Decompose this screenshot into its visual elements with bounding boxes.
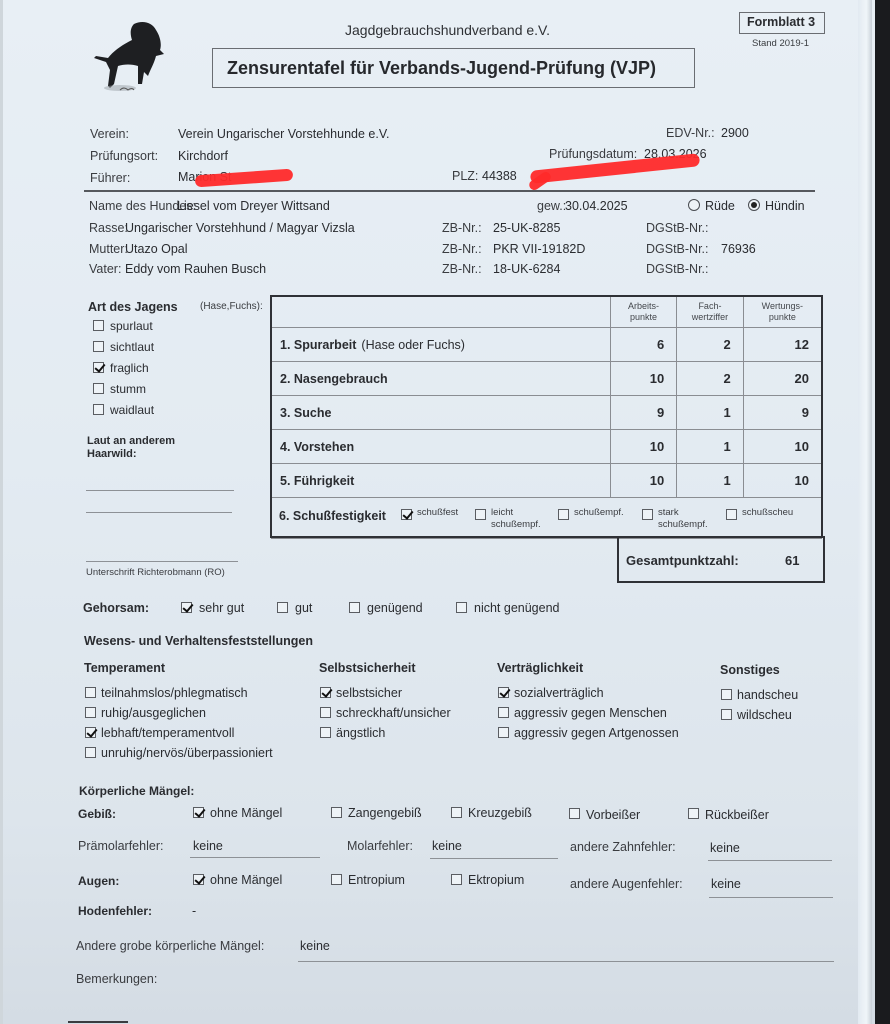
checkbox-sichtlaut[interactable] bbox=[93, 341, 104, 352]
wesen-option-label: ängstlich bbox=[336, 726, 385, 740]
section-divider bbox=[84, 190, 815, 192]
wesen-option-label: schreckhaft/unsicher bbox=[336, 706, 451, 720]
arbeitspunkte-cell[interactable]: 10 bbox=[610, 362, 676, 396]
gebiss-option-label: Vorbeißer bbox=[586, 808, 640, 822]
signature-label: Unterschrift Richterobmann (RO) bbox=[86, 567, 225, 578]
checkbox-aggressiv-gegen-artgenossen[interactable] bbox=[498, 727, 509, 738]
wesen-group-title-selbstsicherheit: Selbstsicherheit bbox=[319, 661, 416, 675]
checkbox-schreckhaft-unsicher[interactable] bbox=[320, 707, 331, 718]
checkbox-gebiss-zangengebiß[interactable] bbox=[331, 807, 342, 818]
score-row: 1. Spurarbeit(Hase oder Fuchs)6212 bbox=[272, 328, 822, 362]
born-value: 30.04.2025 bbox=[565, 199, 628, 213]
wesen-option-label: teilnahmslos/phlegmatisch bbox=[101, 686, 248, 700]
gehorsam-option-label: gut bbox=[295, 601, 312, 615]
dog-name-value: Liesel vom Dreyer Wittsand bbox=[177, 199, 330, 213]
score-column-header: Arbeits-punkte bbox=[610, 297, 676, 328]
checkbox-gehorsam-gut[interactable] bbox=[277, 602, 288, 613]
augenfehler-line[interactable] bbox=[709, 897, 833, 898]
gebiss-option-label: Rückbeißer bbox=[705, 808, 769, 822]
sex-radio-ruede[interactable] bbox=[688, 199, 700, 211]
fachwertziffer-cell[interactable]: 2 bbox=[677, 328, 744, 362]
zb-value-mutter: PKR VII-19182D bbox=[493, 242, 585, 256]
rasse-value: Ungarischer Vorstehhund / Magyar Vizsla bbox=[125, 221, 355, 235]
sex-label-ruede: Rüde bbox=[705, 199, 735, 213]
fachwertziffer-cell[interactable]: 2 bbox=[677, 362, 744, 396]
laut-line[interactable] bbox=[86, 490, 234, 491]
wesen-title: Wesens- und Verhaltensfeststellungen bbox=[84, 634, 313, 648]
edv-label: EDV-Nr.: bbox=[666, 126, 715, 140]
wesen-option-label: selbstsicher bbox=[336, 686, 402, 700]
zahn-line[interactable] bbox=[708, 860, 832, 861]
praemolar-value: keine bbox=[193, 839, 223, 853]
wesen-group-title-temperament: Temperament bbox=[84, 661, 165, 675]
checkbox-waidlaut[interactable] bbox=[93, 404, 104, 415]
augenfehler-label: andere Augenfehler: bbox=[570, 877, 683, 891]
checkbox-teilnahmslos-phlegmatisch[interactable] bbox=[85, 687, 96, 698]
score-row: 3. Suche919 bbox=[272, 396, 822, 430]
wesen-option-label: lebhaft/temperamentvoll bbox=[101, 726, 234, 740]
score-row-label: 4. Vorstehen bbox=[272, 430, 611, 464]
schuss-option-label: schußscheu bbox=[742, 507, 793, 518]
column-header-line: wertziffer bbox=[685, 312, 735, 323]
wertungspunkte-cell[interactable]: 9 bbox=[743, 396, 821, 430]
art-des-jagens-note: (Hase,Fuchs): bbox=[200, 301, 263, 312]
mutter-label: Mutter: bbox=[89, 242, 128, 256]
zahn-label: andere Zahnfehler: bbox=[570, 840, 676, 854]
checkbox-selbstsicher[interactable] bbox=[320, 687, 331, 698]
checkbox-augen-ektropium[interactable] bbox=[451, 874, 462, 885]
discipline-name: 2. Nasengebrauch bbox=[280, 372, 388, 386]
fachwertziffer-cell[interactable]: 1 bbox=[677, 464, 744, 498]
schussfestigkeit-label: 6. Schußfestigkeit bbox=[279, 509, 386, 523]
arbeitspunkte-cell[interactable]: 9 bbox=[610, 396, 676, 430]
checkbox-schuss-schußfest[interactable] bbox=[401, 509, 412, 520]
signature-line[interactable] bbox=[86, 561, 238, 562]
score-column-header: Wertungs-punkte bbox=[743, 297, 821, 328]
schuss-option-label: stark bbox=[658, 507, 679, 518]
augen-option-label: Entropium bbox=[348, 873, 405, 887]
discipline-name: 5. Führigkeit bbox=[280, 474, 354, 488]
zb-value-rasse: 25-UK-8285 bbox=[493, 221, 560, 235]
dog-logo-icon bbox=[90, 14, 166, 96]
dgstb-label: DGStB-Nr.: bbox=[646, 242, 709, 256]
grobe-label: Andere grobe körperliche Mängel: bbox=[76, 939, 264, 953]
art-des-jagens-title: Art des Jagens bbox=[88, 300, 178, 314]
hoden-value: - bbox=[192, 904, 196, 918]
checkbox-gebiss-kreuzgebiß[interactable] bbox=[451, 807, 462, 818]
form-number: Formblatt 3 bbox=[747, 15, 815, 29]
score-column-header: Fach-wertziffer bbox=[677, 297, 744, 328]
zahn-value: keine bbox=[710, 841, 740, 855]
checkbox-gebiss-ohne-mängel[interactable] bbox=[193, 807, 204, 818]
checkbox-schuss-leicht-schußempf[interactable] bbox=[475, 509, 486, 520]
checkbox-gehorsam-genügend[interactable] bbox=[349, 602, 360, 613]
vater-label: Vater: bbox=[89, 262, 121, 276]
dgstb-label: DGStB-Nr.: bbox=[646, 262, 709, 276]
sex-radio-huendin[interactable] bbox=[748, 199, 760, 211]
verein-label: Verein: bbox=[90, 127, 129, 141]
gehorsam-option-label: genügend bbox=[367, 601, 423, 615]
plz-label: PLZ: bbox=[452, 169, 478, 183]
checkbox-ängstlich[interactable] bbox=[320, 727, 331, 738]
verein-value: Verein Ungarischer Vorstehhunde e.V. bbox=[178, 127, 390, 141]
gehorsam-option-label: nicht genügend bbox=[474, 601, 560, 615]
fachwertziffer-cell[interactable]: 1 bbox=[677, 430, 744, 464]
score-row: 4. Vorstehen10110 bbox=[272, 430, 822, 464]
wesen-option-label: wildscheu bbox=[737, 708, 792, 722]
wertungspunkte-cell[interactable]: 10 bbox=[743, 430, 821, 464]
vater-value: Eddy vom Rauhen Busch bbox=[125, 262, 266, 276]
wertungspunkte-cell[interactable]: 12 bbox=[743, 328, 821, 362]
checkbox-gebiss-vorbeißer[interactable] bbox=[569, 808, 580, 819]
paper-edge bbox=[858, 0, 872, 1024]
zb-label: ZB-Nr.: bbox=[442, 242, 482, 256]
wesen-option-label: ruhig/ausgeglichen bbox=[101, 706, 206, 720]
organization-name: Jagdgebrauchshundverband e.V. bbox=[345, 22, 550, 38]
discipline-name: 3. Suche bbox=[280, 406, 331, 420]
schussfestigkeit-cell: 6. Schußfestigkeitschußfestleichtschußem… bbox=[272, 498, 822, 539]
checkbox-ruhig-ausgeglichen[interactable] bbox=[85, 707, 96, 718]
grobe-value: keine bbox=[300, 939, 330, 953]
wertungspunkte-cell[interactable]: 20 bbox=[743, 362, 821, 396]
score-row-label: 3. Suche bbox=[272, 396, 611, 430]
augen-option-label: ohne Mängel bbox=[210, 873, 282, 887]
molar-label: Molarfehler: bbox=[347, 839, 413, 853]
gehorsam-label: Gehorsam: bbox=[83, 601, 149, 615]
augen-option-label: Ektropium bbox=[468, 873, 524, 887]
discipline-name: 4. Vorstehen bbox=[280, 440, 354, 454]
wesen-option-label: sozialverträglich bbox=[514, 686, 604, 700]
wesen-group-title-sonstiges: Sonstiges bbox=[720, 663, 780, 677]
checkbox-handscheu[interactable] bbox=[721, 689, 732, 700]
gebiss-option-label: ohne Mängel bbox=[210, 806, 282, 820]
schuss-option-label-line2: schußempf. bbox=[658, 519, 708, 530]
total-label: Gesamtpunktzahl: bbox=[626, 553, 739, 568]
score-row-label: 2. Nasengebrauch bbox=[272, 362, 611, 396]
wesen-option-label: aggressiv gegen Artgenossen bbox=[514, 726, 679, 740]
scores-header-row: Arbeits-punkteFach-wertzifferWertungs-pu… bbox=[272, 297, 822, 328]
laut-label-1: Laut an anderem bbox=[87, 435, 175, 447]
born-label: gew.: bbox=[537, 199, 566, 213]
molar-value: keine bbox=[432, 839, 462, 853]
checkbox-spurlaut[interactable] bbox=[93, 320, 104, 331]
plz-value: 44388 bbox=[482, 169, 517, 183]
arbeitspunkte-cell[interactable]: 10 bbox=[610, 430, 676, 464]
praemolar-label: Prämolarfehler: bbox=[78, 839, 163, 853]
score-row-label: 1. Spurarbeit(Hase oder Fuchs) bbox=[272, 328, 611, 362]
schussfestigkeit-row: 6. Schußfestigkeitschußfestleichtschußem… bbox=[272, 498, 822, 539]
column-header-line: Fach- bbox=[685, 301, 735, 312]
checkbox-wildscheu[interactable] bbox=[721, 709, 732, 720]
discipline-name: 1. Spurarbeit bbox=[280, 338, 356, 352]
wesen-group-title-verträglichkeit: Verträglichkeit bbox=[497, 661, 583, 675]
checkbox-augen-entropium[interactable] bbox=[331, 874, 342, 885]
checkbox-aggressiv-gegen-menschen[interactable] bbox=[498, 707, 509, 718]
zb-value-vater: 18-UK-6284 bbox=[493, 262, 560, 276]
page-title: Zensurentafel für Verbands-Jugend-Prüfun… bbox=[227, 58, 656, 79]
wesen-option-label: aggressiv gegen Menschen bbox=[514, 706, 667, 720]
hoden-label: Hodenfehler: bbox=[78, 904, 152, 918]
checkbox-schuss-stark-schußempf[interactable] bbox=[642, 509, 653, 520]
option-label-spurlaut: spurlaut bbox=[110, 319, 153, 333]
schuss-option-label: schußfest bbox=[417, 507, 458, 518]
option-label-sichtlaut: sichtlaut bbox=[110, 340, 154, 354]
laut-line[interactable] bbox=[86, 512, 232, 513]
mutter-value: Utazo Opal bbox=[125, 242, 188, 256]
schuss-option-label-line2: schußempf. bbox=[491, 519, 541, 530]
score-row: 5. Führigkeit10110 bbox=[272, 464, 822, 498]
dgstb-label: DGStB-Nr.: bbox=[646, 221, 709, 235]
praemolar-line[interactable] bbox=[190, 857, 320, 858]
zb-label: ZB-Nr.: bbox=[442, 221, 482, 235]
column-header-line: Wertungs- bbox=[752, 301, 813, 312]
koerper-title: Körperliche Mängel: bbox=[79, 784, 194, 798]
column-header-line: Arbeits- bbox=[619, 301, 668, 312]
zb-label: ZB-Nr.: bbox=[442, 262, 482, 276]
scores-table: Arbeits-punkteFach-wertzifferWertungs-pu… bbox=[271, 296, 822, 539]
gebiss-label: Gebiß: bbox=[78, 807, 116, 821]
augenfehler-value: keine bbox=[711, 877, 741, 891]
arbeitspunkte-cell[interactable]: 10 bbox=[610, 464, 676, 498]
checkbox-stumm[interactable] bbox=[93, 383, 104, 394]
checkbox-gehorsam-nicht-genügend[interactable] bbox=[456, 602, 467, 613]
wesen-option-label: unruhig/nervös/überpassioniert bbox=[101, 746, 273, 760]
checkbox-gebiss-rückbeißer[interactable] bbox=[688, 808, 699, 819]
pruefungsort-label: Prüfungsort: bbox=[90, 149, 158, 163]
score-row-label: 5. Führigkeit bbox=[272, 464, 611, 498]
column-header-line: punkte bbox=[752, 312, 813, 323]
gehorsam-option-label: sehr gut bbox=[199, 601, 244, 615]
gebiss-option-label: Zangengebiß bbox=[348, 806, 422, 820]
fachwertziffer-cell[interactable]: 1 bbox=[677, 396, 744, 430]
checkbox-sozialverträglich[interactable] bbox=[498, 687, 509, 698]
score-row: 2. Nasengebrauch10220 bbox=[272, 362, 822, 396]
option-label-fraglich: fraglich bbox=[110, 361, 149, 375]
fuehrer-label: Führer: bbox=[90, 171, 130, 185]
checkbox-augen-ohne-mängel[interactable] bbox=[193, 874, 204, 885]
checkbox-unruhig-nervös-überpassioniert[interactable] bbox=[85, 747, 96, 758]
augen-label: Augen: bbox=[78, 874, 119, 888]
rasse-label: Rasse: bbox=[89, 221, 128, 235]
pruefungsort-value: Kirchdorf bbox=[178, 149, 228, 163]
header-blank bbox=[272, 297, 611, 328]
arbeitspunkte-cell[interactable]: 6 bbox=[610, 328, 676, 362]
checkbox-schuss-schußempf[interactable] bbox=[558, 509, 569, 520]
gebiss-option-label: Kreuzgebiß bbox=[468, 806, 532, 820]
column-header-line: punkte bbox=[619, 312, 668, 323]
option-label-waidlaut: waidlaut bbox=[110, 403, 154, 417]
discipline-note: (Hase oder Fuchs) bbox=[361, 338, 465, 352]
sex-label-huendin: Hündin bbox=[765, 199, 805, 213]
schuss-option-label: leicht bbox=[491, 507, 513, 518]
edv-value: 2900 bbox=[721, 126, 749, 140]
schuss-option-label: schußempf. bbox=[574, 507, 624, 518]
molar-line[interactable] bbox=[430, 858, 558, 859]
bemerkungen-line[interactable] bbox=[68, 1021, 128, 1023]
checkbox-gehorsam-sehr-gut[interactable] bbox=[181, 602, 192, 613]
total-value: 61 bbox=[785, 553, 799, 568]
pruefungsdatum-label: Prüfungsdatum: bbox=[549, 147, 637, 161]
checkbox-fraglich[interactable] bbox=[93, 362, 104, 373]
form-version: Stand 2019-1 bbox=[752, 38, 809, 49]
bemerkungen-label: Bemerkungen: bbox=[76, 972, 157, 986]
checkbox-lebhaft-temperamentvoll[interactable] bbox=[85, 727, 96, 738]
laut-label-2: Haarwild: bbox=[87, 448, 137, 460]
grobe-line[interactable] bbox=[298, 961, 834, 962]
wesen-option-label: handscheu bbox=[737, 688, 798, 702]
dgstb-value-mutter: 76936 bbox=[721, 242, 756, 256]
checkbox-schuss-schußscheu[interactable] bbox=[726, 509, 737, 520]
wertungspunkte-cell[interactable]: 10 bbox=[743, 464, 821, 498]
option-label-stumm: stumm bbox=[110, 382, 146, 396]
